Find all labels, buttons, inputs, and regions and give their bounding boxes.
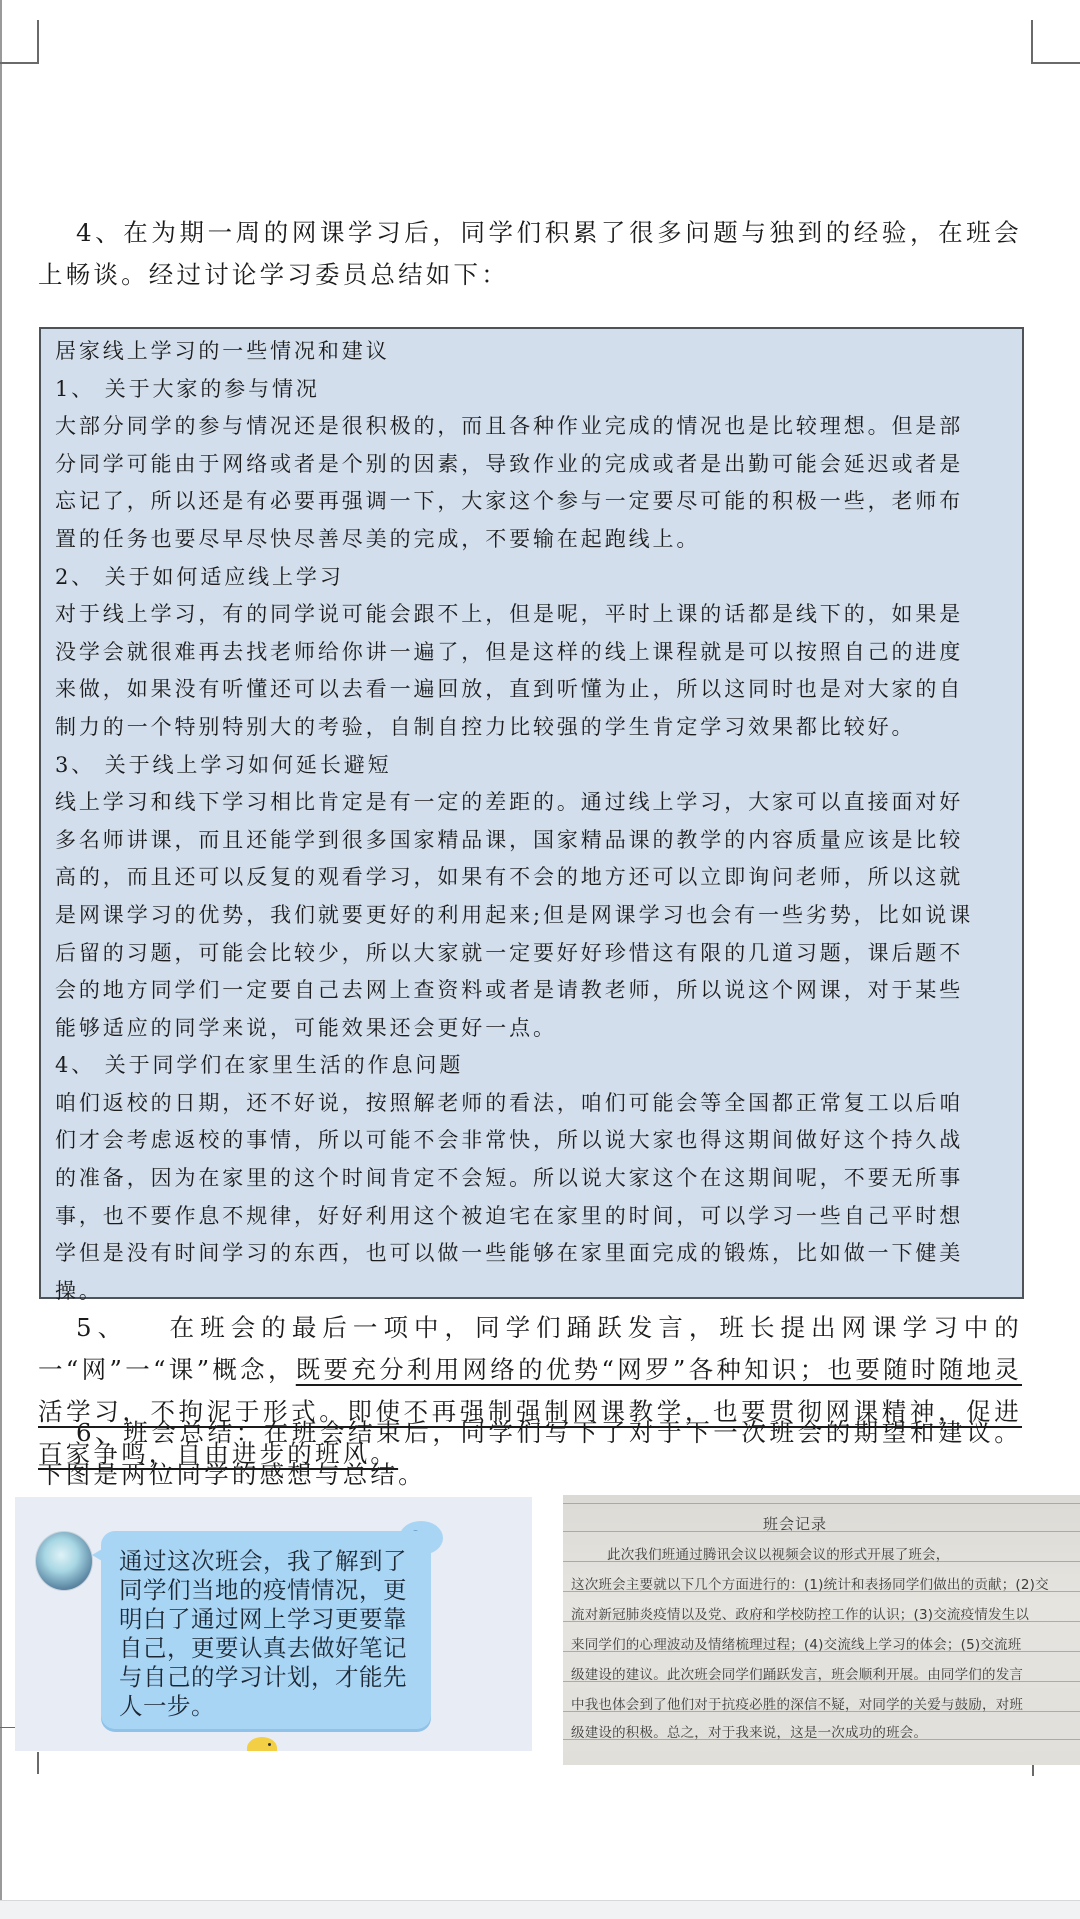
summary-line: 忘记了，所以还是有必要再强调一下，大家这个参与一定要尽可能的积极一些，老师布 (55, 483, 1012, 521)
summary-line: 线上学习和线下学习相比肯定是有一定的差距的。通过线上学习，大家可以直接面对好 (55, 784, 1012, 822)
note-line: 流对新冠肺炎疫情以及党、政府和学校防控工作的认识；(3)交流疫情发生以 (571, 1603, 1080, 1623)
chat-screenshot-image: 通过这次班会，我了解到了同学们当地的疫情情况，更明白了通过网上学习更要靠自己，更… (15, 1497, 532, 1751)
summary-line: 学但是没有时间学习的东西，也可以做一些能够在家里面完成的锻炼，比如做一下健美 (55, 1235, 1012, 1273)
page-left-edge (0, 0, 2, 1919)
summary-line: 能够适应的同学来说，可能效果还会更好一点。 (55, 1010, 1012, 1048)
summary-line: 事，也不要作息不规律，好好利用这个被迫宅在家里的时间，可以学习一些自己平时想 (55, 1198, 1012, 1236)
summary-line: 咱们返校的日期，还不好说，按照解老师的看法，咱们可能会等全国都正常复工以后咱 (55, 1085, 1012, 1123)
paragraph-4-text: 在为期一周的网课学习后，同学们积累了很多问题与独到的经验，在班会上畅谈。经过讨论… (38, 218, 1022, 289)
crop-mark-bottom-left (0, 1727, 15, 1728)
summary-line: 来做，如果没有听懂还可以去看一遍回放，直到听懂为止，所以这同时也是对大家的自 (55, 671, 1012, 709)
bottom-bar (0, 1900, 1080, 1919)
summary-box: 居家线上学习的一些情况和建议 1、 关于大家的参与情况 大部分同学的参与情况还是… (39, 327, 1024, 1299)
summary-line: 1、 关于大家的参与情况 (55, 371, 1012, 409)
paragraph-4-number: 4、 (76, 218, 123, 247)
summary-box-title: 居家线上学习的一些情况和建议 (55, 333, 1012, 371)
summary-line: 是网课学习的优势，我们就要更好的利用起来;但是网课学习也会有一些劣势，比如说课 (55, 897, 1012, 935)
summary-line: 会的地方同学们一定要自己去网上查资料或者是请教老师，所以说这个网课，对于某些 (55, 972, 1012, 1010)
crop-mark-top-right (1031, 62, 1080, 64)
paragraph-6-number: 6、 (76, 1418, 123, 1447)
summary-line: 的准备，因为在家里的这个时间肯定不会短。所以说大家这个在这期间呢，不要无所事 (55, 1160, 1012, 1198)
summary-line: 2、 关于如何适应线上学习 (55, 559, 1012, 597)
summary-line: 对于线上学习，有的同学说可能会跟不上，但是呢，平时上课的话都是线下的，如果是 (55, 596, 1012, 634)
summary-line: 高的，而且还可以反复的观看学习，如果有不会的地方还可以立即询问老师，所以这就 (55, 859, 1012, 897)
duck-sticker-icon (247, 1737, 277, 1751)
note-line: 来同学们的心理波动及情绪梳理过程；(4)交流线上学习的体会；(5)交流班 (571, 1633, 1080, 1653)
handwritten-note-image: 班会记录 此次我们班通过腾讯会议以视频会议的形式开展了班会， 这次班会主要就以下… (563, 1495, 1080, 1765)
avatar (35, 1531, 93, 1591)
chat-message: 通过这次班会，我了解到了同学们当地的疫情情况，更明白了通过网上学习更要靠自己，更… (119, 1547, 419, 1721)
summary-line: 们才会考虑返校的事情，所以可能不会非常快，所以说大家也得这期间做好这个持久战 (55, 1122, 1012, 1160)
summary-line: 置的任务也要尽早尽快尽善尽美的完成，不要输在起跑线上。 (55, 521, 1012, 559)
paragraph-5-number: 5、 (76, 1313, 128, 1342)
crop-mark-bottom-left (37, 1752, 39, 1774)
note-line: 此次我们班通过腾讯会议以视频会议的形式开展了班会， (607, 1543, 1080, 1563)
paragraph-4: 4、在为期一周的网课学习后，同学们积累了很多问题与独到的经验，在班会上畅谈。经过… (38, 212, 1022, 296)
summary-line: 大部分同学的参与情况还是很积极的，而且各种作业完成的情况也是比较理想。但是部 (55, 408, 1012, 446)
summary-line: 制力的一个特别特别大的考验，自制自控力比较强的学生肯定学习效果都比较好。 (55, 709, 1012, 747)
note-line: 这次班会主要就以下几个方面进行的：(1)统计和表扬同学们做出的贡献；(2)交 (571, 1573, 1080, 1593)
duck-eye (268, 1743, 271, 1746)
summary-line: 3、 关于线上学习如何延长避短 (55, 747, 1012, 785)
summary-line: 4、 关于同学们在家里生活的作息问题 (55, 1047, 1012, 1085)
note-line: 级建设的积极。总之，对于我来说，这是一次成功的班会。 (571, 1721, 1080, 1741)
note-title: 班会记录 (763, 1513, 827, 1534)
crop-mark-top-right (1031, 20, 1033, 64)
summary-line: 没学会就很难再去找老师给你讲一遍了，但是这样的线上课程就是可以按照自己的进度 (55, 634, 1012, 672)
summary-line: 后留的习题，可能会比较少，所以大家就一定要好好珍惜这有限的几道习题，课后题不 (55, 935, 1012, 973)
summary-line: 操。 (55, 1273, 1012, 1311)
notebook-rule (563, 1503, 1080, 1504)
paragraph-6-text: 班会总结：在班会结束后，同学们写下了对于下一次班会的期望和建议。下图是两位同学的… (38, 1418, 1022, 1489)
summary-line: 多名师讲课，而且还能学到很多国家精品课，国家精品课的教学的内容质量应该是比较 (55, 822, 1012, 860)
paragraph-6: 6、班会总结：在班会结束后，同学们写下了对于下一次班会的期望和建议。下图是两位同… (38, 1412, 1022, 1496)
note-line: 中我也体会到了他们对于抗疫必胜的深信不疑，对同学的关爱与鼓励，对班 (571, 1693, 1080, 1713)
crop-mark-top-left (37, 20, 39, 64)
note-line: 级建设的建议。此次班会同学们踊跃发言，班会顺利开展。由同学们的发言 (571, 1663, 1080, 1683)
crop-mark-top-left (0, 62, 39, 64)
summary-line: 分同学可能由于网络或者是个别的因素，导致作业的完成或者是出勤可能会延迟或者是 (55, 446, 1012, 484)
